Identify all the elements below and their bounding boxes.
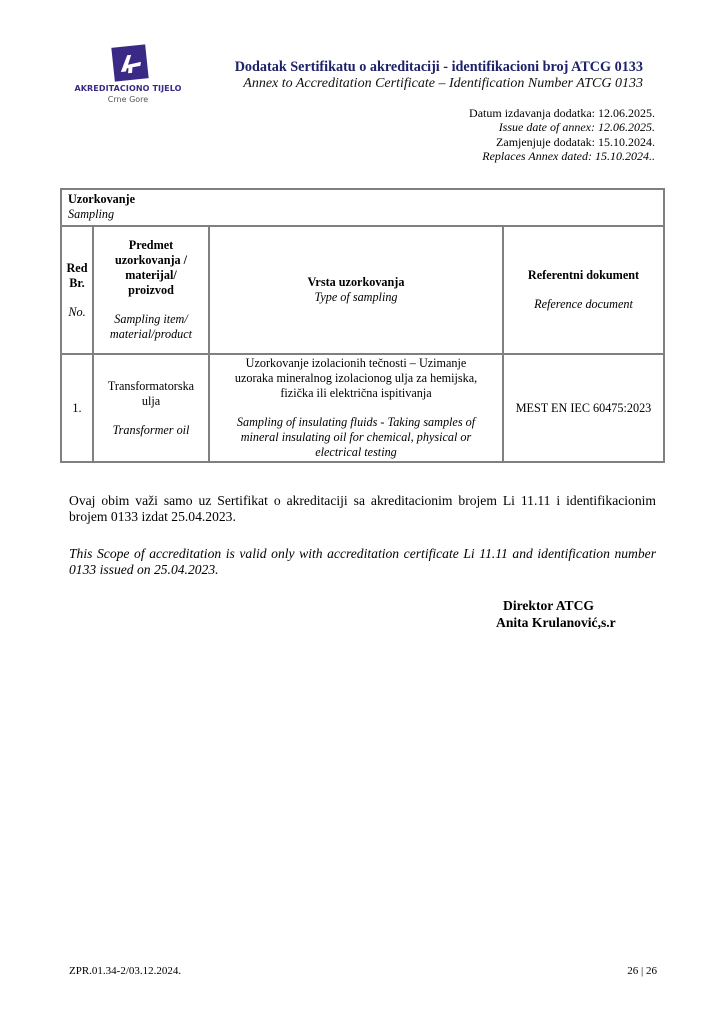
document-code: ZPR.01.34-2/03.12.2024. (69, 965, 181, 977)
accreditation-body-logo-icon (111, 44, 148, 81)
section-header-cell: Uzorkovanje Sampling (61, 189, 664, 226)
header-type-label: Vrsta uzorkovanja (213, 275, 499, 290)
row-item-en: Transformer oil (97, 423, 205, 438)
issue-date-en: Issue date of annex: 12.06.2025. (469, 120, 655, 134)
header-item-line: materijal/ (97, 268, 205, 283)
row-type: Uzorkovanje izolacionih tečnosti – Uzima… (209, 354, 503, 462)
header-reference: Referentni dokument Reference document (503, 226, 664, 354)
row-type-en-line: electrical testing (213, 445, 499, 460)
header-item-line: Predmet (97, 238, 205, 253)
accreditation-logo: AKREDITACIONO TIJELO Crne Gore (68, 44, 188, 108)
header-no-en: No. (65, 305, 89, 320)
section-row: Uzorkovanje Sampling (61, 189, 664, 226)
row-reference: MEST EN IEC 60475:2023 (503, 354, 664, 462)
header-item-en-line: material/product (97, 327, 205, 342)
section-title-en: Sampling (68, 207, 660, 222)
table-row: 1. Transformatorska ulja Transformer oil… (61, 354, 664, 462)
header-item: Predmet uzorkovanja / materijal/ proizvo… (93, 226, 209, 354)
row-type-line: Uzorkovanje izolacionih tečnosti – Uzima… (213, 356, 499, 371)
row-no: 1. (61, 354, 93, 462)
header-type-en: Type of sampling (213, 290, 499, 305)
row-item: Transformatorska ulja Transformer oil (93, 354, 209, 462)
row-item-line: Transformatorska (97, 379, 205, 394)
page-number: 26 | 26 (627, 965, 657, 977)
row-type-en-line: Sampling of insulating fluids - Taking s… (213, 415, 499, 430)
logo-name: AKREDITACIONO TIJELO (68, 84, 188, 93)
section-title: Uzorkovanje (68, 192, 660, 207)
header-item-line: proizvod (97, 283, 205, 298)
logo-subtitle: Crne Gore (68, 95, 188, 104)
row-type-en-line: mineral insulating oil for chemical, phy… (213, 430, 499, 445)
row-type-line: fizička ili električna ispitivanja (213, 386, 499, 401)
header-type: Vrsta uzorkovanja Type of sampling (209, 226, 503, 354)
annex-dates: Datum izdavanja dodatka: 12.06.2025. Iss… (469, 106, 655, 163)
header-no-line1: Red (65, 261, 89, 276)
header-reference-en: Reference document (507, 297, 660, 312)
header-no: Red Br. No. (61, 226, 93, 354)
header-item-en-line: Sampling item/ (97, 312, 205, 327)
validity-note-en: This Scope of accreditation is valid onl… (69, 546, 656, 579)
replaces-date: Zamjenjuje dodatak: 15.10.2024. (469, 135, 655, 149)
column-header-row: Red Br. No. Predmet uzorkovanja / materi… (61, 226, 664, 354)
header-item-line: uzorkovanja / (97, 253, 205, 268)
document-title: Dodatak Sertifikatu o akreditaciji - ide… (235, 59, 643, 76)
validity-note: Ovaj obim važi samo uz Sertifikat o akre… (69, 493, 656, 526)
row-item-line: ulja (97, 394, 205, 409)
issue-date: Datum izdavanja dodatka: 12.06.2025. (469, 106, 655, 120)
accreditation-scope-table: Uzorkovanje Sampling Red Br. No. Predmet… (60, 188, 665, 463)
replaces-date-en: Replaces Annex dated: 15.10.2024.. (469, 149, 655, 163)
signatory-title: Direktor ATCG (496, 597, 616, 614)
header-reference-label: Referentni dokument (507, 268, 660, 283)
signature-block: Direktor ATCG Anita Krulanović,s.r (496, 597, 616, 631)
header-no-line2: Br. (65, 276, 89, 291)
signatory-name: Anita Krulanović,s.r (496, 615, 616, 630)
document-subtitle: Annex to Accreditation Certificate – Ide… (243, 76, 643, 92)
row-type-line: uzoraka mineralnog izolacionog ulja za h… (213, 371, 499, 386)
